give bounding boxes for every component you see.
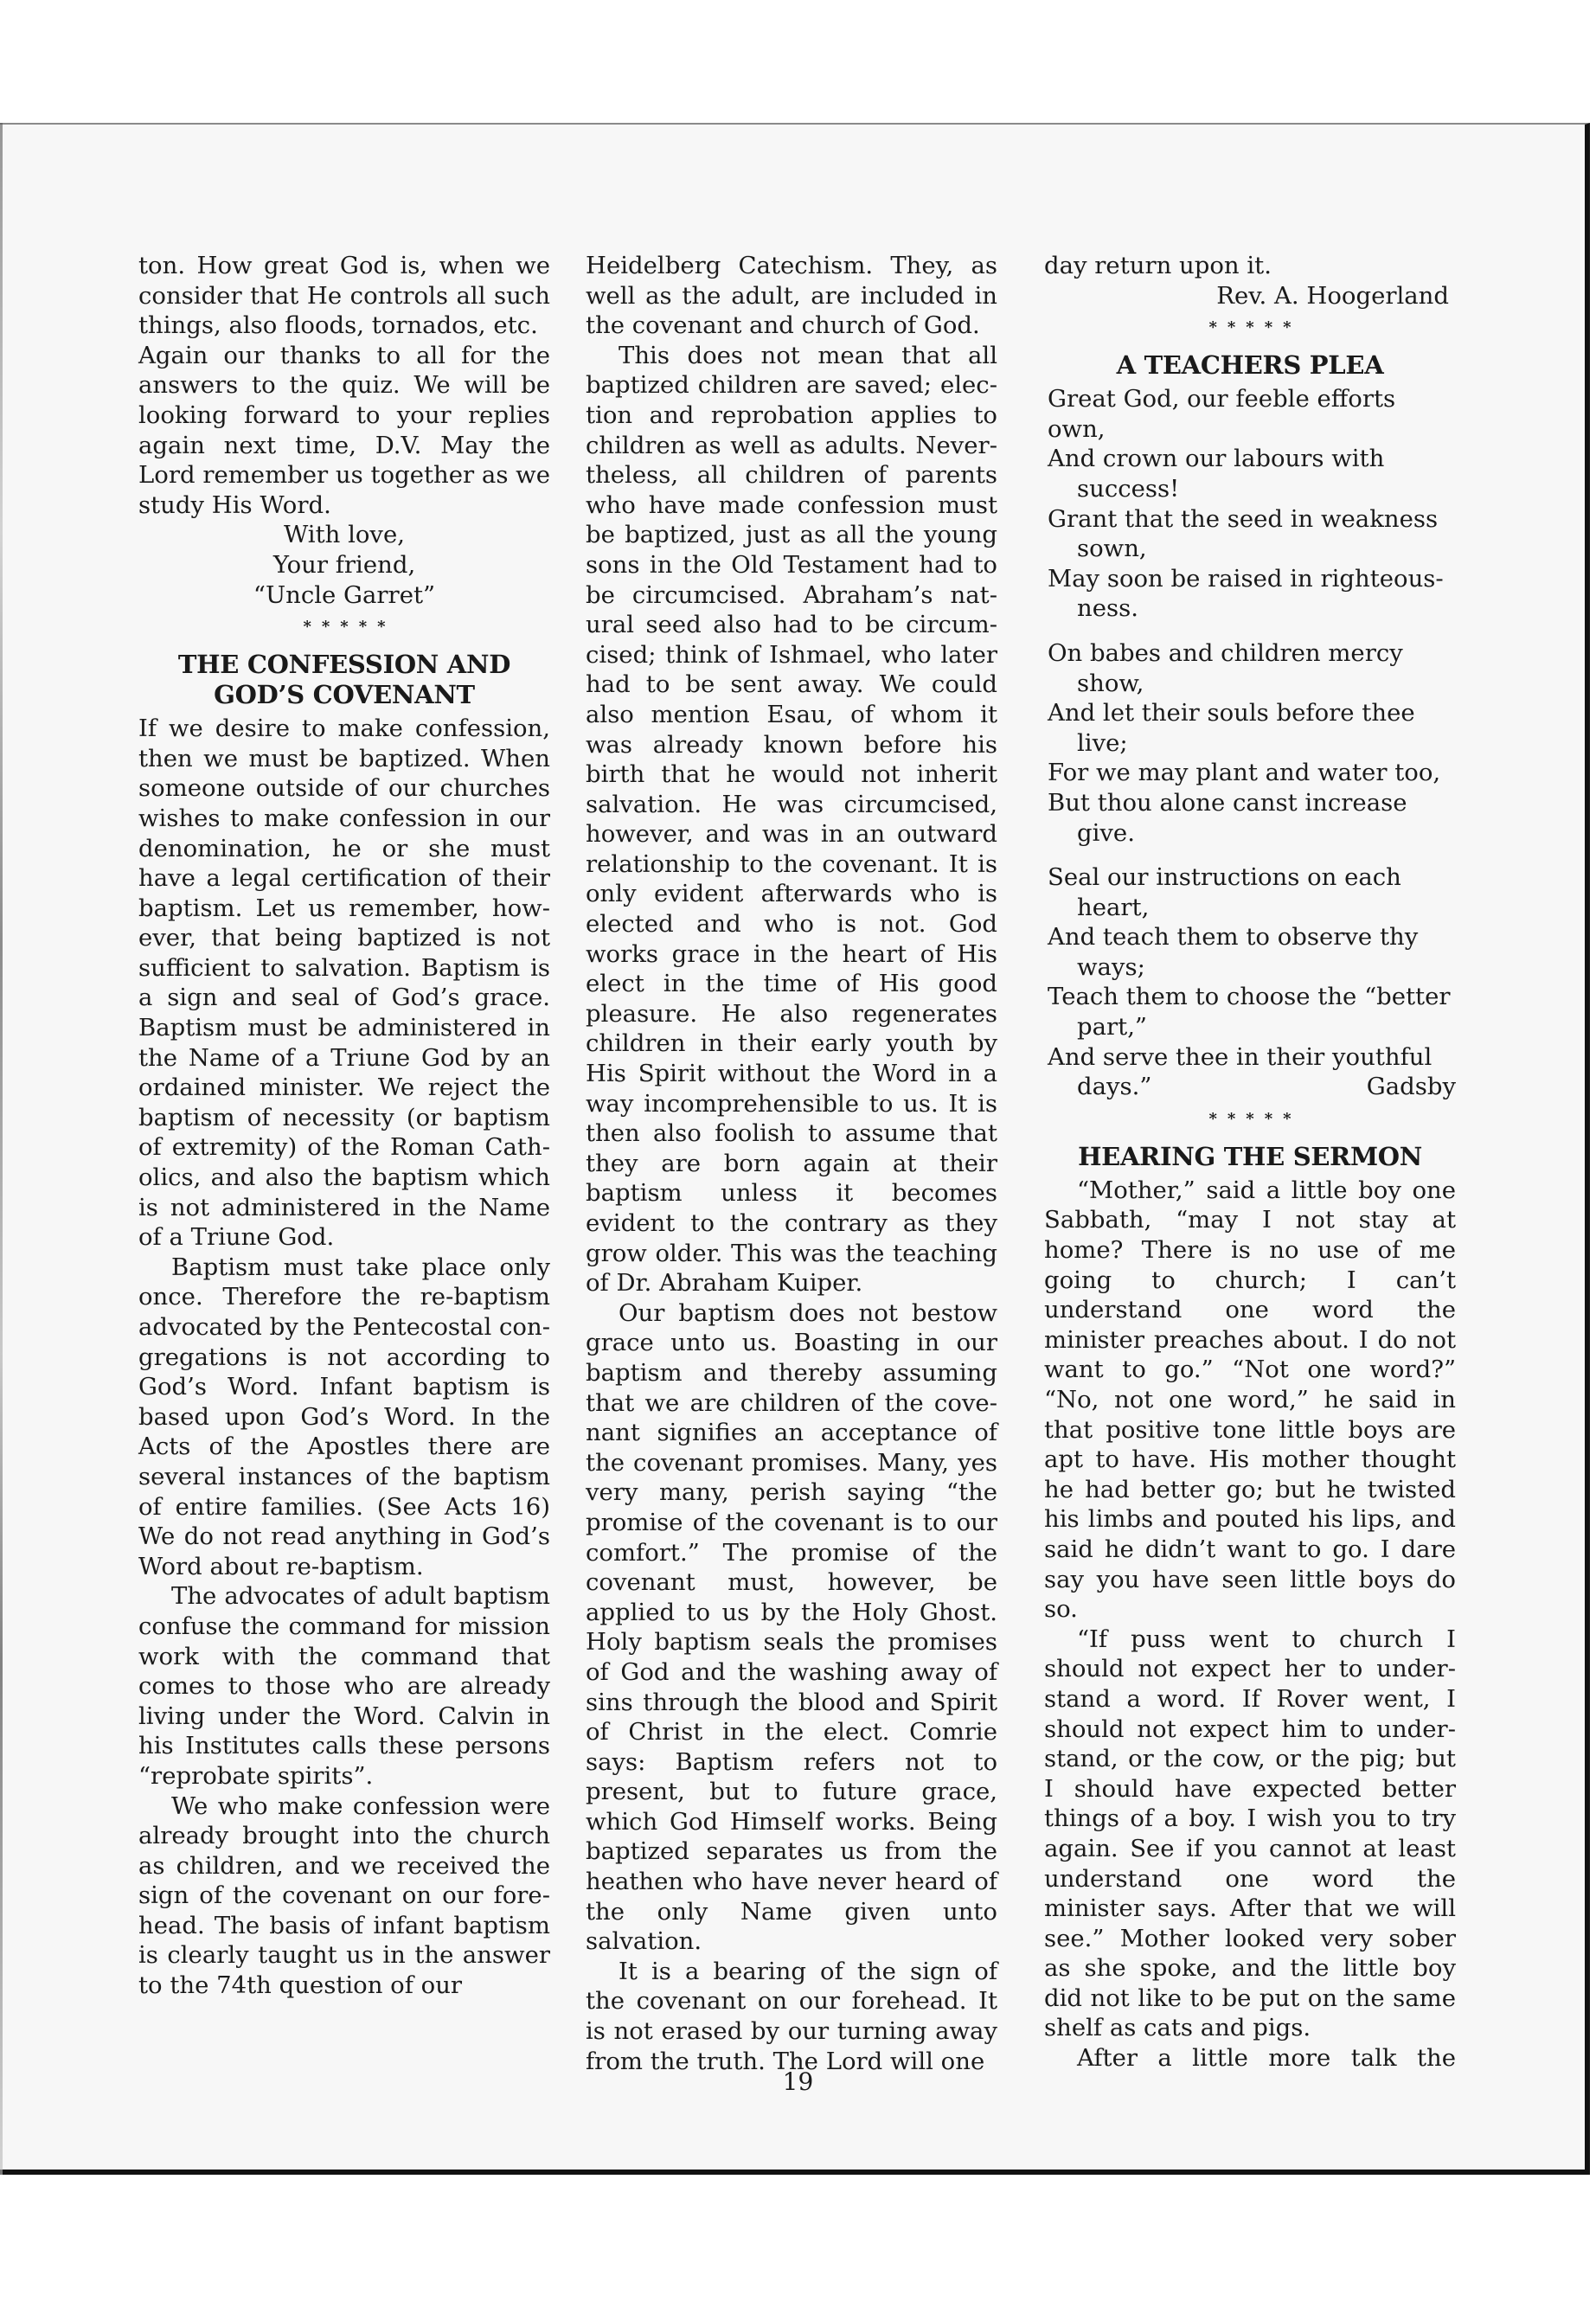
- poem-final-line-with-poet: days.” Gadsby: [1048, 1072, 1456, 1102]
- poem-line-continuation: live;: [1048, 728, 1456, 759]
- poem-line: Great God, our feeble efforts own,: [1048, 384, 1456, 444]
- column-right: day return upon it. Rev. A. Hoogerland *…: [1044, 251, 1456, 2073]
- paragraph: Our baptism does not bestow grace unto u…: [586, 1298, 997, 1957]
- paragraph: The advocates of adult baptism confuse t…: [138, 1581, 550, 1791]
- heading-line: THE CONFESSION AND: [178, 650, 510, 679]
- poem-line-continuation: sown,: [1048, 534, 1456, 564]
- poem-line-continuation: ness.: [1048, 593, 1456, 624]
- paragraph: Again our thanks to all for the answers …: [138, 341, 550, 521]
- section-divider-stars: *****: [138, 610, 550, 644]
- poem-line: May soon be raised in righteous-: [1048, 564, 1456, 594]
- poem-line: Seal our instructions on each: [1048, 862, 1456, 893]
- poem-stanza: On babes and children mercy show, And le…: [1048, 638, 1456, 848]
- paragraph: We who make confession were already brou…: [138, 1791, 550, 2001]
- paragraph: ton. How great God is, when we consider …: [138, 251, 550, 341]
- paragraph: “If puss went to church I should not exp…: [1044, 1625, 1456, 2043]
- section-divider-stars: *****: [1044, 311, 1456, 345]
- paragraph: day return upon it.: [1044, 251, 1456, 281]
- paragraph: Baptism must take place only once. There…: [138, 1253, 550, 1582]
- paragraph: “Mother,” said a little boy one Sabbath,…: [1044, 1176, 1456, 1625]
- poem-line: And crown our labours with: [1048, 444, 1456, 474]
- signoff-line: Your friend,: [138, 550, 550, 580]
- paragraph: This does not mean that all baptized chi…: [586, 341, 997, 1298]
- page-left-edge: [0, 123, 3, 2175]
- column-left: ton. How great God is, when we consider …: [138, 251, 550, 2001]
- article-heading-sermon: HEARING THE SERMON: [1044, 1142, 1456, 1172]
- poem-line: Teach them to choose the “better: [1048, 982, 1456, 1012]
- article-heading-confession: THE CONFESSION AND GOD’S COVENANT: [138, 650, 550, 710]
- poem-teachers-plea: Great God, our feeble efforts own, And c…: [1044, 384, 1456, 1102]
- poem-line: For we may plant and water too,: [1048, 758, 1456, 788]
- poem-line-continuation: ways;: [1048, 952, 1456, 983]
- poem-line: And teach them to observe thy: [1048, 922, 1456, 952]
- poem-line-continuation: give.: [1048, 818, 1456, 849]
- poem-line-continuation: heart,: [1048, 893, 1456, 923]
- poem-line: But thou alone canst increase: [1048, 788, 1456, 818]
- poem-stanza: Great God, our feeble efforts own, And c…: [1048, 384, 1456, 624]
- poem-line: And serve thee in their youthful: [1048, 1042, 1456, 1073]
- section-divider-stars: *****: [1044, 1102, 1456, 1137]
- article-author: Rev. A. Hoogerland: [1044, 281, 1456, 311]
- poem-line: And let their souls before thee: [1048, 698, 1456, 728]
- poem-stanza: Seal our instructions on each heart, And…: [1048, 862, 1456, 1102]
- page-number: 19: [0, 2067, 1596, 2096]
- paragraph: If we desire to make confession, then we…: [138, 714, 550, 1253]
- poem-author: Gadsby: [1367, 1072, 1456, 1102]
- poem-line: On babes and children mercy: [1048, 638, 1456, 669]
- poem-line-continuation: part,”: [1048, 1012, 1456, 1042]
- poem-line-continuation: show,: [1048, 669, 1456, 699]
- poem-title: A TEACHERS PLEA: [1044, 350, 1456, 381]
- heading-line: GOD’S COVENANT: [214, 680, 475, 709]
- paragraph: Heidelberg Catechism. They, as well as t…: [586, 251, 997, 341]
- column-middle: Heidelberg Catechism. They, as well as t…: [586, 251, 997, 2076]
- signoff-line: “Uncle Garret”: [138, 580, 550, 611]
- poem-line: Grant that the seed in weakness: [1048, 504, 1456, 535]
- signoff-line: With love,: [138, 520, 550, 550]
- poem-line-continuation: success!: [1048, 474, 1456, 504]
- poem-line-continuation: days.”: [1077, 1072, 1151, 1102]
- paragraph: It is a bearing of the sign of the coven…: [586, 1957, 997, 2076]
- letter-signoff: With love, Your friend, “Uncle Garret”: [138, 520, 550, 610]
